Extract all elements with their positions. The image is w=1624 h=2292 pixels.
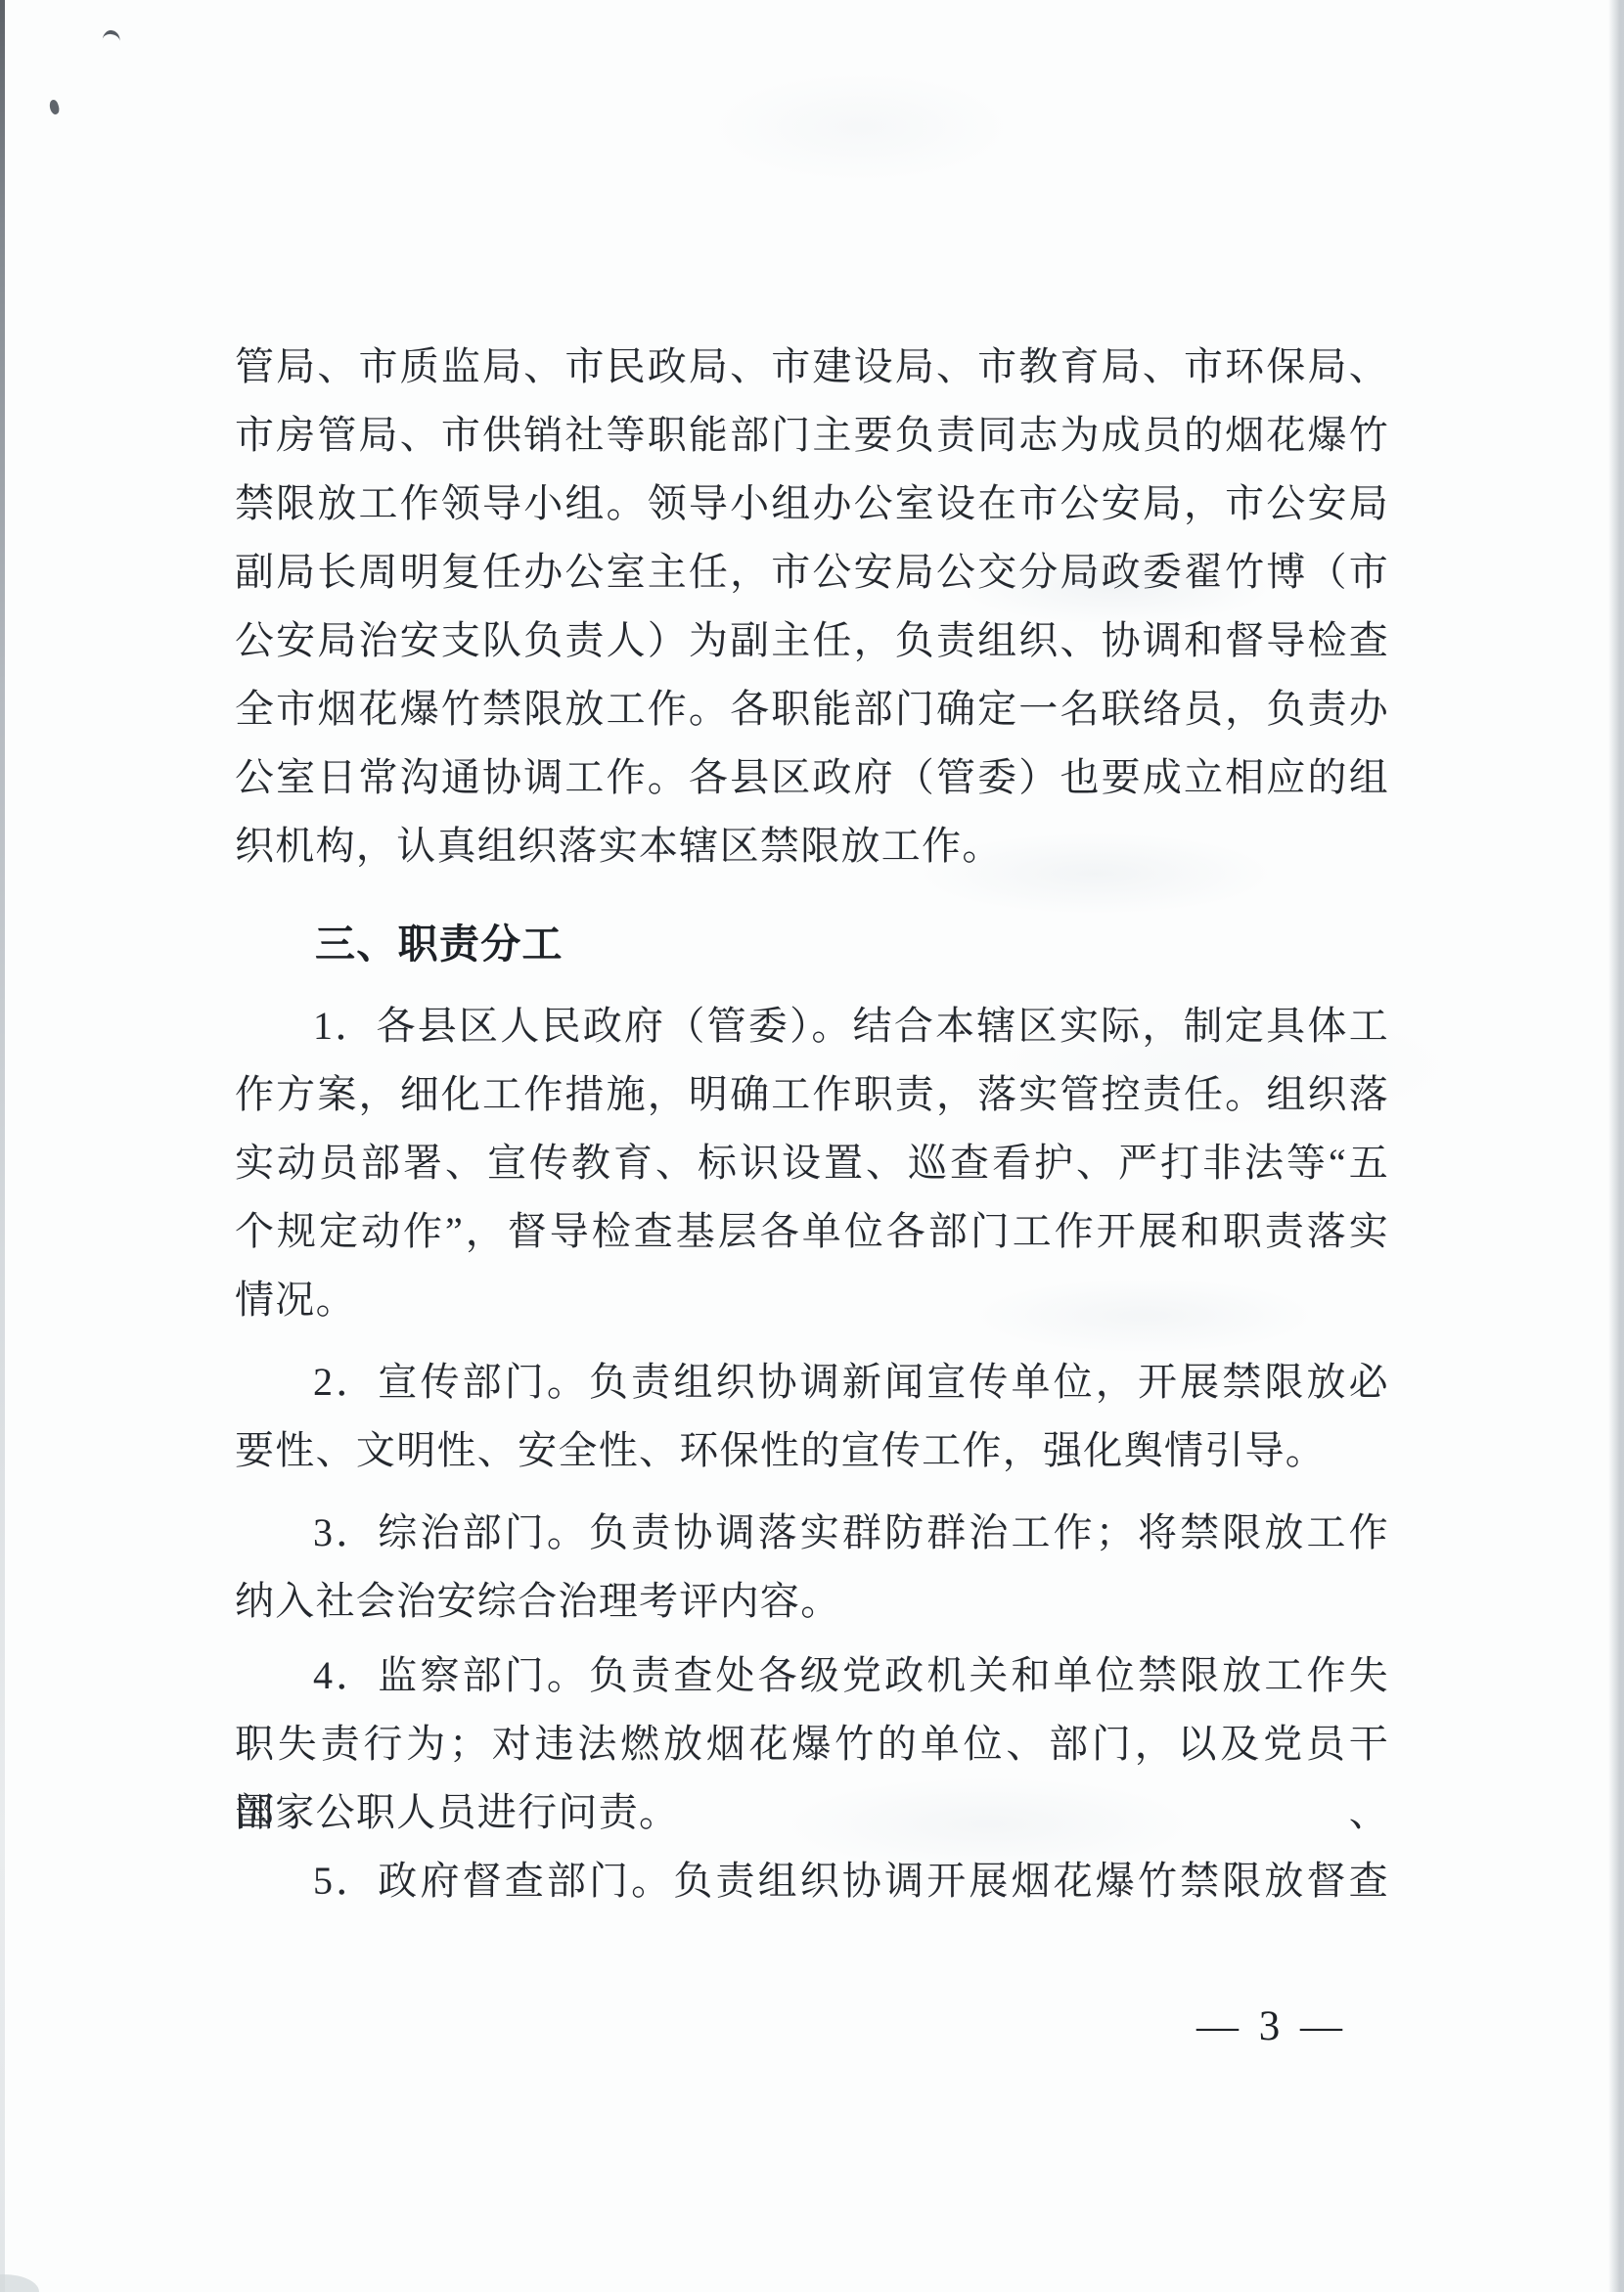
text-line: 作方案，细化工作措施，明确工作职责，落实管控责任。组织落 xyxy=(235,1060,1389,1129)
item-4-supervision-department: 4．监察部门。负责查处各级党政机关和单位禁限放工作失职失责行为；对违法燃放烟花爆… xyxy=(235,1641,1389,1847)
text-line: 管局、市质监局、市民政局、市建设局、市教育局、市环保局、 xyxy=(235,333,1389,401)
page-number: — 3 — xyxy=(1196,2002,1347,2050)
item-1-county-governments: 1．各县区人民政府（管委）。结合本辖区实际，制定具体工作方案，细化工作措施，明确… xyxy=(235,992,1389,1334)
text-line: 1．各县区人民政府（管委）。结合本辖区实际，制定具体工 xyxy=(235,992,1389,1060)
scan-edge-left-shadow xyxy=(0,0,5,2292)
scanned-document-page: 管局、市质监局、市民政局、市建设局、市教育局、市环保局、市房管局、市供销社等职能… xyxy=(0,0,1624,2292)
text-line: 副局长周明复任办公室主任，市公安局公交分局政委翟竹博（市 xyxy=(235,538,1389,607)
text-line: 全市烟花爆竹禁限放工作。各职能部门确定一名联络员，负责办 xyxy=(235,675,1389,743)
text-line: 公室日常沟通协调工作。各县区政府（管委）也要成立相应的组 xyxy=(235,743,1389,812)
bottom-left-corner-smudge xyxy=(0,2274,39,2292)
para-leadership-group: 管局、市质监局、市民政局、市建设局、市教育局、市环保局、市房管局、市供销社等职能… xyxy=(235,333,1389,880)
ink-speck xyxy=(48,99,61,115)
text-line: 织机构，认真组织落实本辖区禁限放工作。 xyxy=(235,812,1389,880)
text-line: 5．政府督查部门。负责组织协调开展烟花爆竹禁限放督查 xyxy=(235,1847,1389,1915)
pen-mark xyxy=(102,29,121,45)
text-line: 市房管局、市供销社等职能部门主要负责同志为成员的烟花爆竹 xyxy=(235,401,1389,470)
text-line: 4．监察部门。负责查处各级党政机关和单位禁限放工作失 xyxy=(235,1641,1389,1710)
document-body: 管局、市质监局、市民政局、市建设局、市教育局、市环保局、市房管局、市供销社等职能… xyxy=(235,333,1389,1915)
text-line: 个规定动作”，督导检查基层各单位各部门工作开展和职责落实 xyxy=(235,1197,1389,1266)
scan-edge-right-shadow xyxy=(1608,0,1624,2292)
text-line: 2．宣传部门。负责组织协调新闻宣传单位，开展禁限放必 xyxy=(235,1348,1389,1416)
text-line: 纳入社会治安综合治理考评内容。 xyxy=(235,1567,1389,1636)
item-5-government-inspection: 5．政府督查部门。负责组织协调开展烟花爆竹禁限放督查 xyxy=(235,1847,1389,1915)
text-line: 职失责行为；对违法燃放烟花爆竹的单位、部门，以及党员干部、 xyxy=(235,1710,1389,1778)
item-3-comprehensive-governance: 3．综治部门。负责协调落实群防群治工作；将禁限放工作纳入社会治安综合治理考评内容… xyxy=(235,1499,1389,1636)
section-heading-duties: 三、职责分工 xyxy=(235,910,1389,978)
text-line: 3．综治部门。负责协调落实群防群治工作；将禁限放工作 xyxy=(235,1499,1389,1567)
text-line: 要性、文明性、安全性、环保性的宣传工作，强化舆情引导。 xyxy=(235,1416,1389,1485)
text-line: 公安局治安支队负责人）为副主任，负责组织、协调和督导检查 xyxy=(235,607,1389,675)
text-line: 禁限放工作领导小组。领导小组办公室设在市公安局，市公安局 xyxy=(235,470,1389,538)
item-2-publicity-department: 2．宣传部门。负责组织协调新闻宣传单位，开展禁限放必要性、文明性、安全性、环保性… xyxy=(235,1348,1389,1485)
text-line: 实动员部署、宣传教育、标识设置、巡查看护、严打非法等“五 xyxy=(235,1129,1389,1197)
text-line: 情况。 xyxy=(235,1266,1389,1334)
